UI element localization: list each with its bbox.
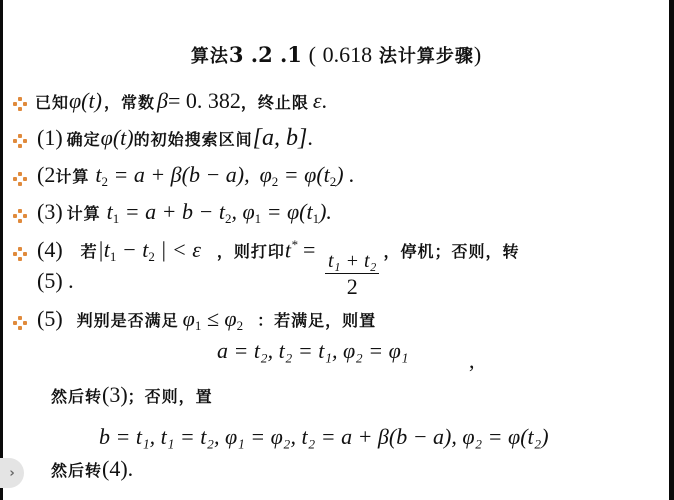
text: ；否则，置	[128, 384, 213, 407]
title-paren-open: (	[309, 42, 316, 67]
text: 然后转	[51, 458, 102, 481]
text: 已知	[35, 90, 69, 113]
math-abs-diff: |t1 − t2 | < ε	[98, 237, 201, 265]
text: 然后转	[51, 384, 102, 407]
math-epsilon: ε	[313, 88, 322, 114]
math-t-star: t*	[285, 237, 298, 263]
right-frame-border	[669, 0, 674, 500]
line-step-5-equation-1: a = t₂, t₂ = t₁, φ₂ = φ₁	[217, 338, 408, 364]
line-step-4: (4) 若 |t1 − t2 | < ε ，则打印 t* = t₁ + t₂ 2…	[37, 237, 519, 290]
line-step-4-continued: (5) .	[37, 268, 74, 294]
title-golden-ratio: 0.618	[323, 42, 373, 67]
math-t1: t1	[107, 199, 120, 227]
step-number: (4)	[37, 237, 63, 263]
text: .	[307, 125, 313, 151]
text: 计算	[55, 164, 89, 187]
math-t2: t2	[95, 162, 108, 190]
slide-title: 算法3 .2 .1 ( 0.618 法计算步骤)	[3, 42, 669, 68]
diamond-bullet-icon	[13, 97, 27, 111]
line-given: 已知 φ(t) ，常数 β = 0. 382 ，终止限 ε .	[35, 88, 327, 114]
math-beta-value: = 0. 382	[168, 88, 241, 114]
math-phi-t1: = φ(t1).	[261, 199, 332, 227]
text: ，则打印	[217, 239, 285, 262]
diamond-bullet-icon	[13, 209, 27, 223]
title-suffix: 法计算步骤	[379, 46, 474, 67]
text: ，常数	[104, 90, 155, 113]
math-update-a: a = t₂, t₂ = t₁, φ₂ = φ₁	[217, 338, 408, 364]
step-reference: (3)	[102, 382, 128, 408]
chevron-right-icon: ›	[9, 466, 14, 481]
step-number: (2	[37, 162, 55, 188]
fraction-denominator: 2	[347, 274, 358, 300]
line-step-5-equation-2: b = t₁, t₁ = t₂, φ₁ = φ₂, t₂ = a + β(b −…	[99, 424, 549, 450]
text: ，停机；否则，转	[383, 239, 519, 262]
math-phi-t: φ(t)	[101, 125, 134, 151]
line-step-2: (2 计算 t2 = a + β(b − a), φ2 = φ(t2) .	[37, 162, 355, 190]
step-number: (1)	[37, 125, 63, 151]
text: 判别是否满足	[77, 308, 179, 331]
math-interval: [a, b]	[253, 125, 308, 152]
math-phi1: , φ1	[231, 199, 261, 227]
step-number: (3)	[37, 199, 63, 225]
fraction-numerator: t₁ + t₂	[325, 249, 380, 274]
text: ：若满足，则置	[257, 308, 376, 331]
title-prefix: 算法	[191, 46, 229, 67]
diamond-bullet-icon	[13, 316, 27, 330]
line-step-1: (1) 确定 φ(t) 的初始搜索区间 [a, b] .	[37, 125, 313, 152]
math-phi-t: φ(t)	[69, 88, 102, 114]
diamond-bullet-icon	[13, 247, 27, 261]
text: .	[322, 88, 328, 114]
text: 若	[81, 239, 98, 262]
text: 的初始搜索区间	[134, 127, 253, 150]
math-equals: =	[298, 237, 321, 263]
text: 计算	[67, 201, 101, 224]
text: ,	[469, 348, 475, 374]
math-fraction: t₁ + t₂ 2	[325, 249, 380, 300]
text: .	[128, 456, 134, 482]
math-update-b: b = t₁, t₁ = t₂, φ₁ = φ₂, t₂ = a + β(b −…	[99, 424, 549, 450]
title-paren-close: )	[474, 42, 481, 67]
line-step-5-goto-4: 然后转 (4) .	[51, 456, 133, 482]
math-phi2: φ2	[260, 162, 279, 190]
text: 确定	[67, 127, 101, 150]
step-number: (5)	[37, 306, 63, 332]
math-expression: = a + β(b − a),	[108, 162, 250, 188]
math-phi-t2: = φ(t2) .	[278, 162, 354, 190]
slide: 算法3 .2 .1 ( 0.618 法计算步骤) 已知 φ(t) ，常数 β =…	[3, 0, 669, 500]
title-number: 3 .2 .1	[229, 42, 302, 67]
line-step-5: (5) 判别是否满足 φ1 ≤ φ2 ：若满足，则置	[37, 306, 376, 334]
line-step-3: (3) 计算 t1 = a + b − t2 , φ1 = φ(t1).	[37, 199, 332, 227]
step-reference: (4)	[102, 456, 128, 482]
math-beta: β	[157, 88, 168, 114]
math-condition: φ1 ≤ φ2	[183, 306, 243, 334]
diamond-bullet-icon	[13, 172, 27, 186]
line-step-5-goto-3: 然后转 (3) ；否则，置	[51, 382, 213, 408]
line-step-5-comma: ,	[469, 348, 475, 374]
step-reference: (5) .	[37, 268, 74, 294]
diamond-bullet-icon	[13, 134, 27, 148]
math-expression: = a + b − t2	[119, 199, 231, 227]
text: ，终止限	[241, 90, 309, 113]
